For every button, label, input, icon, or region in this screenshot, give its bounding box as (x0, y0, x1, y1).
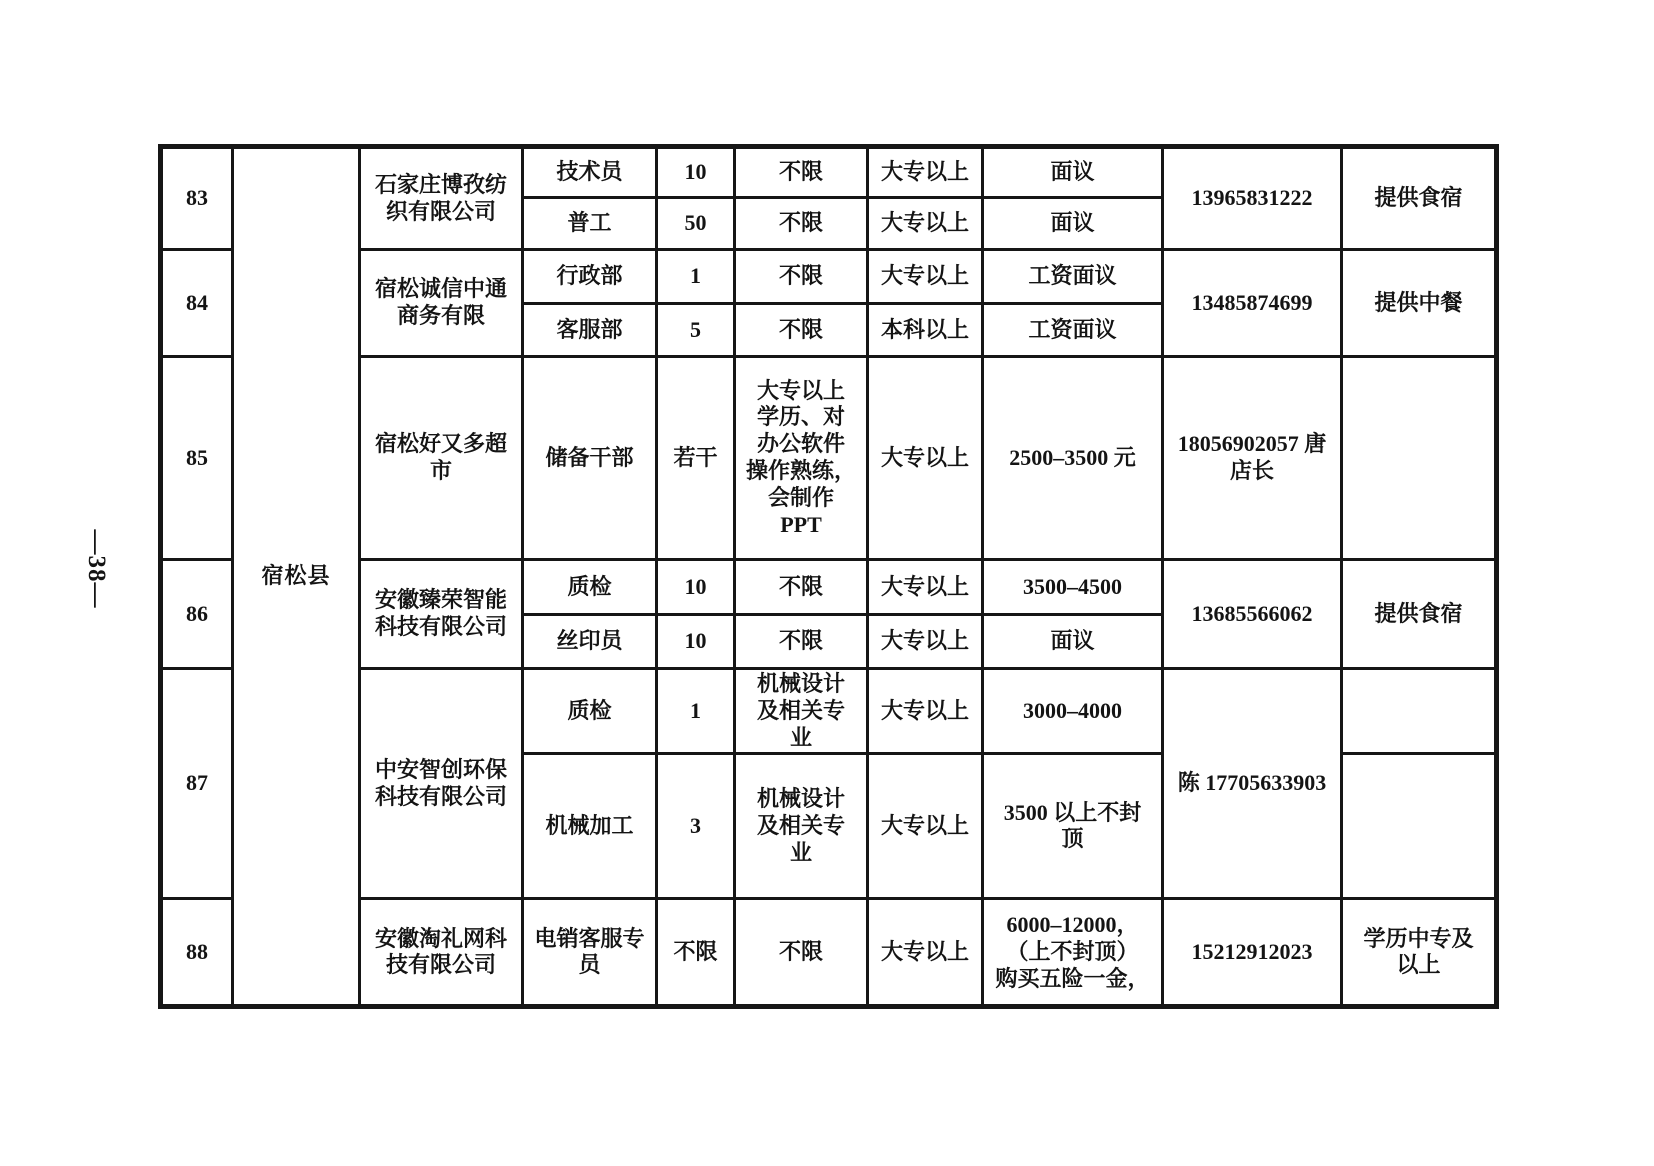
row-87-company: 中安智创环保 科技有限公司 (360, 669, 523, 899)
row-86-job2-requirement: 不限 (735, 615, 868, 669)
row-83-job2-count: 50 (657, 198, 735, 250)
row-83-serial: 83 (161, 147, 233, 250)
row-88-serial: 88 (161, 899, 233, 1007)
row-87-job1-salary: 3000–4000 (983, 669, 1163, 754)
row-88-job1-title: 电销客服专 员 (523, 899, 657, 1007)
row-86-company: 安徽臻荣智能 科技有限公司 (360, 560, 523, 669)
row-86-job1-title: 质检 (523, 560, 657, 615)
row-88-company: 安徽淘礼网科 技有限公司 (360, 899, 523, 1007)
row-85-job1-title: 储备干部 (523, 357, 657, 560)
row-87-note-2 (1342, 754, 1497, 899)
row-87-job2-salary: 3500 以上不封 顶 (983, 754, 1163, 899)
row-85-job1-count: 若干 (657, 357, 735, 560)
row-84-job1-count: 1 (657, 250, 735, 304)
row-83-job1-title: 技术员 (523, 147, 657, 198)
row-85-company: 宿松好又多超 市 (360, 357, 523, 560)
row-87-phone: 陈 17705633903 (1163, 669, 1342, 899)
row-85-job1-education: 大专以上 (868, 357, 983, 560)
row-84-job1-title: 行政部 (523, 250, 657, 304)
row-88-job1-salary: 6000–12000， （上不封顶） 购买五险一金， (983, 899, 1163, 1007)
row-83-job1-education: 大专以上 (868, 147, 983, 198)
row-83-job1-count: 10 (657, 147, 735, 198)
row-84-phone: 13485874699 (1163, 250, 1342, 357)
row-86-job2-salary: 面议 (983, 615, 1163, 669)
job-table: 83 宿松县 石家庄博孜纺 织有限公司 技术员 10 不限 大专以上 面议 13… (158, 144, 1499, 1009)
row-84-serial: 84 (161, 250, 233, 357)
row-83-company: 石家庄博孜纺 织有限公司 (360, 147, 523, 250)
row-85-serial: 85 (161, 357, 233, 560)
row-86-job1-requirement: 不限 (735, 560, 868, 615)
row-83-job2-salary: 面议 (983, 198, 1163, 250)
row-84-note: 提供中餐 (1342, 250, 1497, 357)
row-87-job1-education: 大专以上 (868, 669, 983, 754)
row-86-job1-salary: 3500–4500 (983, 560, 1163, 615)
row-87-job2-title: 机械加工 (523, 754, 657, 899)
row-88-job1-count: 不限 (657, 899, 735, 1007)
row-87-job1-requirement: 机械设计 及相关专 业 (735, 669, 868, 754)
row-88-job1-requirement: 不限 (735, 899, 868, 1007)
row-87-job1-title: 质检 (523, 669, 657, 754)
row-86-phone: 13685566062 (1163, 560, 1342, 669)
row-84-job1-salary: 工资面议 (983, 250, 1163, 304)
county-cell: 宿松县 (233, 147, 360, 1007)
row-87-job2-education: 大专以上 (868, 754, 983, 899)
row-84-job2-salary: 工资面议 (983, 304, 1163, 357)
row-84-job1-education: 大专以上 (868, 250, 983, 304)
row-86-job2-count: 10 (657, 615, 735, 669)
row-85-note (1342, 357, 1497, 560)
scanned-page: —38— 83 宿松县 石家庄博孜纺 织有限公司 技术员 10 不限 大专以上 … (0, 0, 1654, 1166)
row-88-job1-education: 大专以上 (868, 899, 983, 1007)
row-83-phone: 13965831222 (1163, 147, 1342, 250)
row-85-phone: 18056902057 唐 店长 (1163, 357, 1342, 560)
row-84-company: 宿松诚信中通 商务有限 (360, 250, 523, 357)
row-86-job2-title: 丝印员 (523, 615, 657, 669)
row-84-job2-title: 客服部 (523, 304, 657, 357)
row-83-job2-requirement: 不限 (735, 198, 868, 250)
row-86-job2-education: 大专以上 (868, 615, 983, 669)
row-87-job2-requirement: 机械设计 及相关专 业 (735, 754, 868, 899)
row-84-job1-requirement: 不限 (735, 250, 868, 304)
row-87-note-1 (1342, 669, 1497, 754)
row-84-job2-count: 5 (657, 304, 735, 357)
row-87-serial: 87 (161, 669, 233, 899)
row-86-serial: 86 (161, 560, 233, 669)
row-88-phone: 15212912023 (1163, 899, 1342, 1007)
row-86-job1-education: 大专以上 (868, 560, 983, 615)
row-87-job2-count: 3 (657, 754, 735, 899)
row-84-job2-requirement: 不限 (735, 304, 868, 357)
page-number: —38— (82, 523, 110, 615)
row-83-job2-title: 普工 (523, 198, 657, 250)
row-83-job2-education: 大专以上 (868, 198, 983, 250)
row-86-job1-count: 10 (657, 560, 735, 615)
row-88-note: 学历中专及 以上 (1342, 899, 1497, 1007)
row-85-job1-salary: 2500–3500 元 (983, 357, 1163, 560)
row-83-job1-salary: 面议 (983, 147, 1163, 198)
row-83-job1-requirement: 不限 (735, 147, 868, 198)
row-86-note: 提供食宿 (1342, 560, 1497, 669)
row-83-note: 提供食宿 (1342, 147, 1497, 250)
row-87-job1-count: 1 (657, 669, 735, 754)
row-84-job2-education: 本科以上 (868, 304, 983, 357)
row-85-job1-requirement: 大专以上 学历、对 办公软件 操作熟练， 会制作 PPT (735, 357, 868, 560)
